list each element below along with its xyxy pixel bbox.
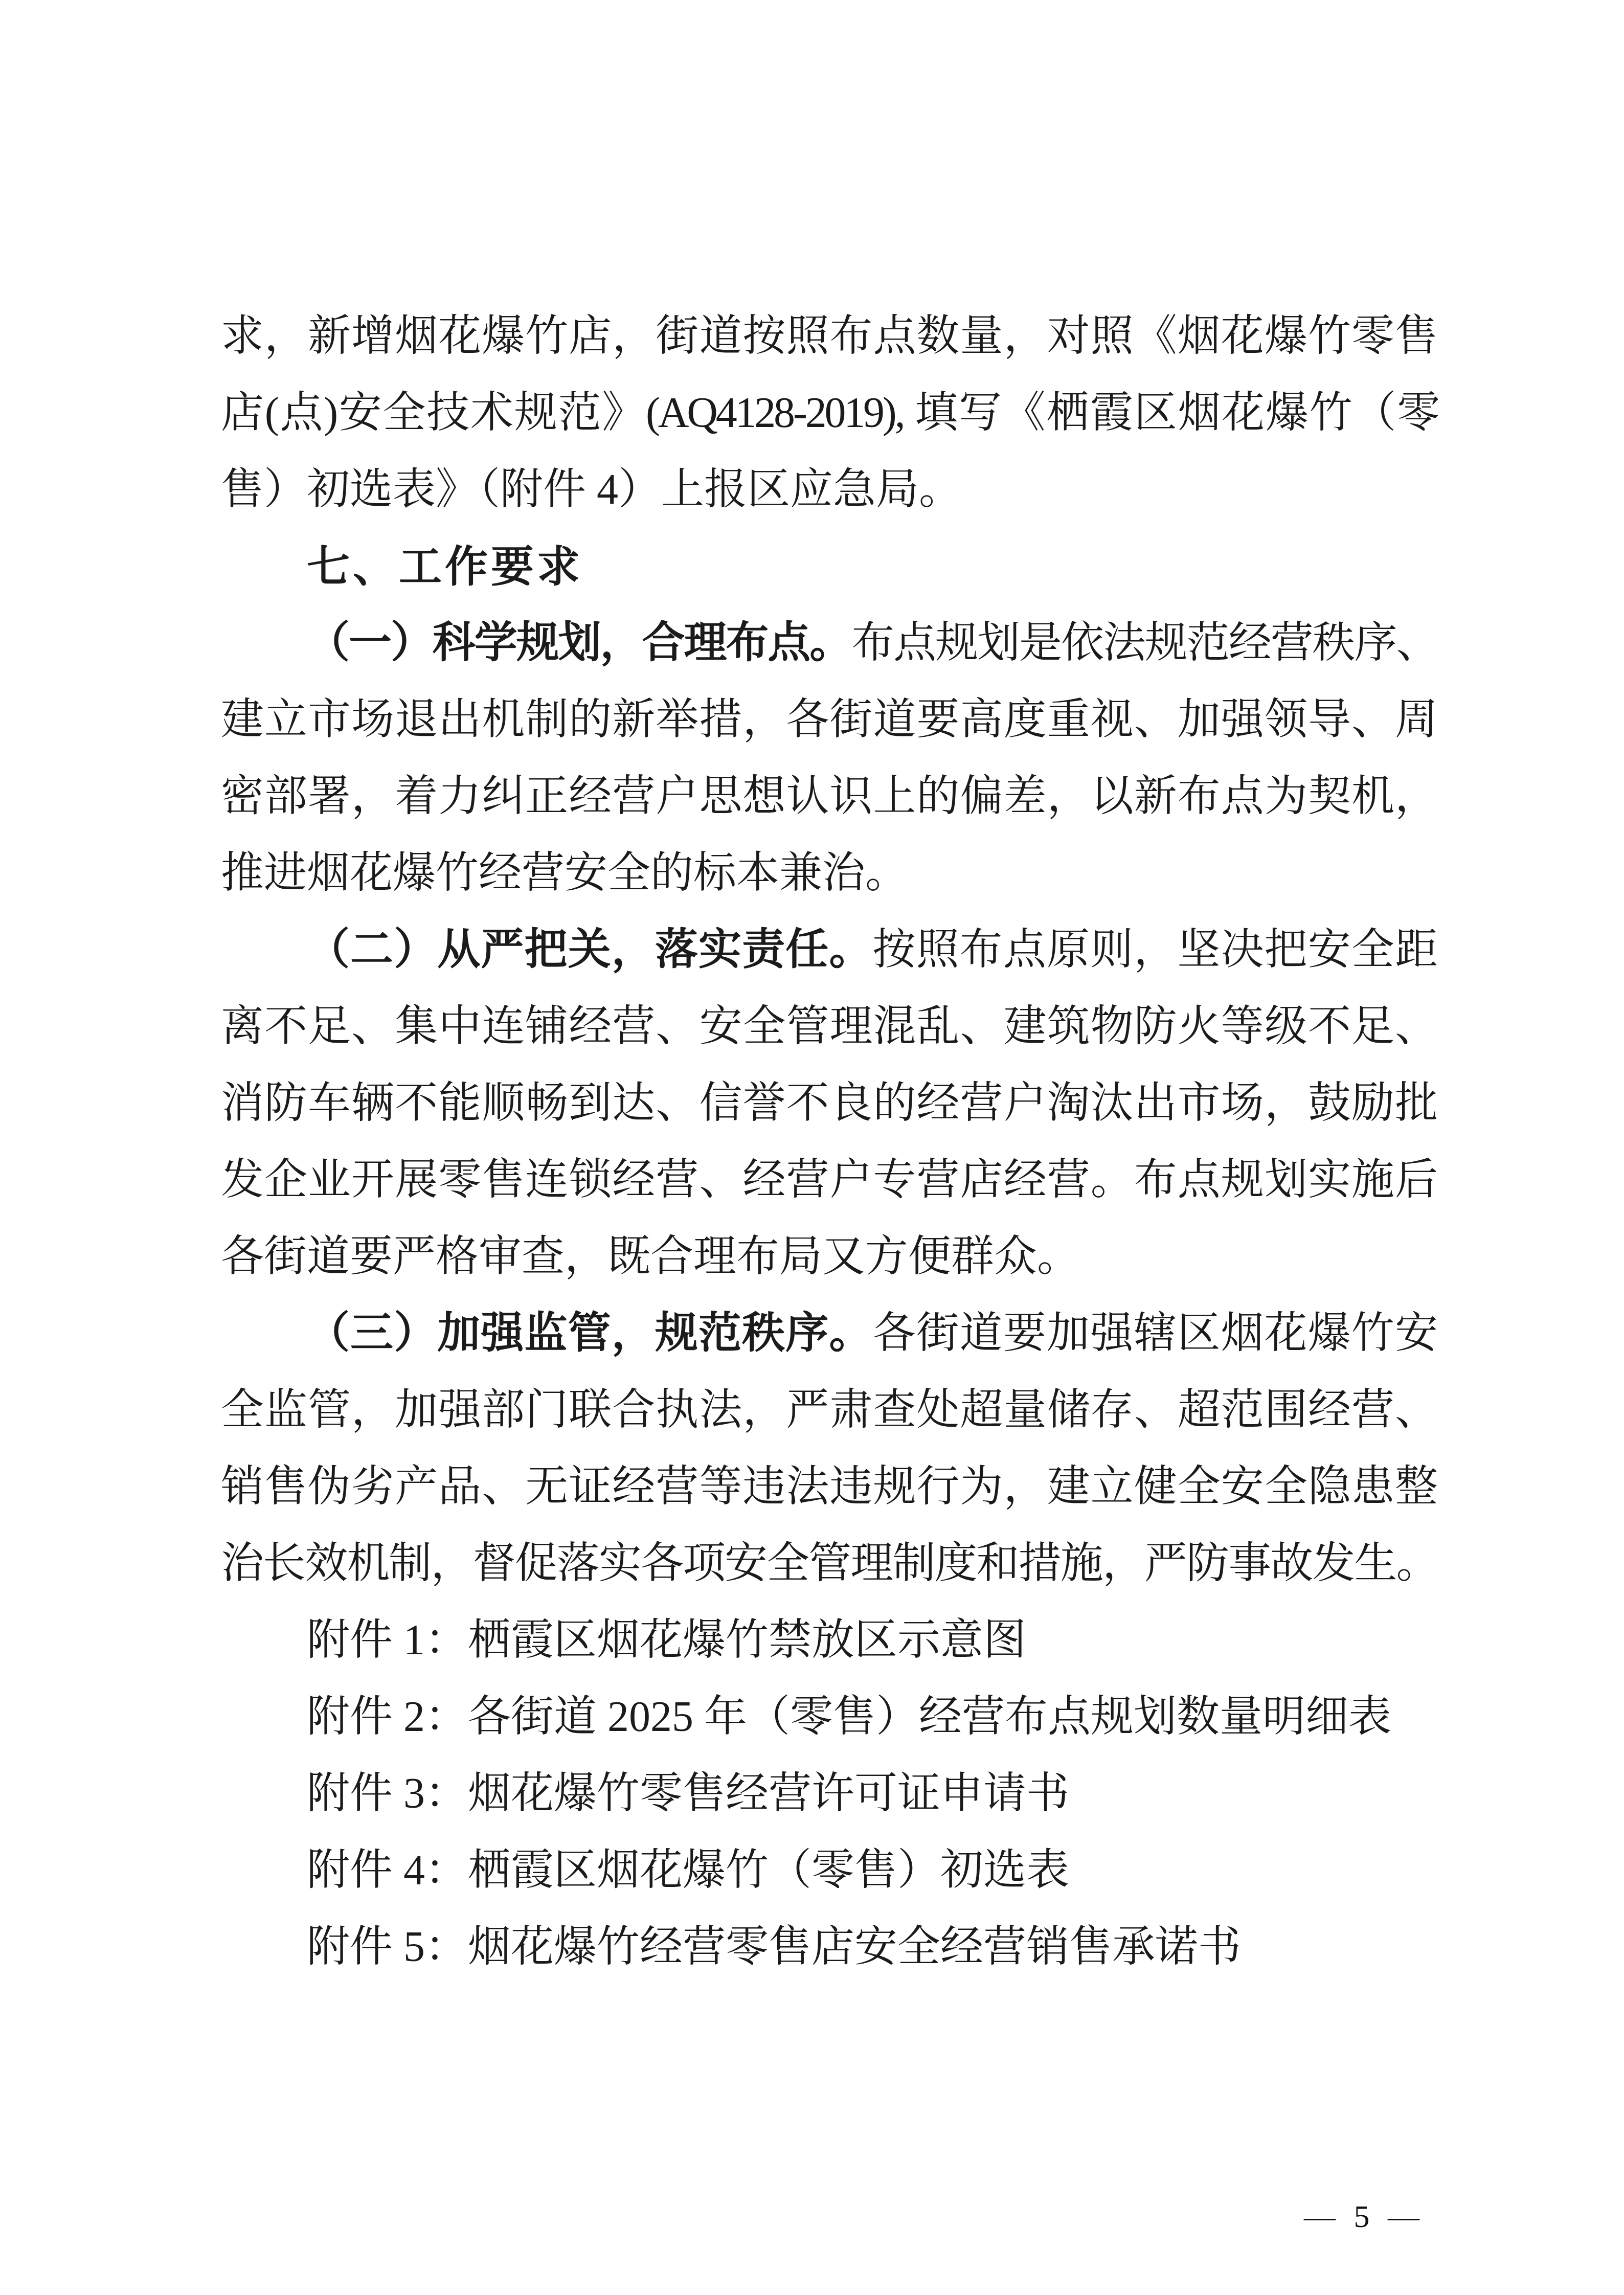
line-text: 各街道要严格审查，既合理布局又方便群众。 [221,1233,1080,1280]
line-text: 求，新增烟花爆竹店，街道按照布点数量，对照《烟花爆竹零售 [221,312,1438,360]
attachment-line: 附件 1：栖霞区烟花爆竹禁放区示意图 [221,1602,1438,1679]
text-line: 建立市场退出机制的新举措，各街道要高度重视、加强领导、周 [221,682,1438,758]
text-line: 治长效机制，督促落实各项安全管理制度和措施，严防事故发生。 [221,1525,1438,1602]
line-text: 推进烟花爆竹经营安全的标本兼治。 [221,849,908,897]
text-line: （三）加强监管，规范秩序。各街道要加强辖区烟花爆竹安 [221,1295,1438,1372]
text-line: 全监管，加强部门联合执法，严肃查处超量储存、超范围经营、 [221,1372,1438,1449]
attachment-line: 附件 3：烟花爆竹零售经营许可证申请书 [221,1756,1438,1832]
line-text: 店(点)安全技术规范》(AQ4128-2019), 填写《栖霞区烟花爆竹（零 [221,389,1438,437]
line-text: 发企业开展零售连锁经营、经营户专营店经营。布点规划实施后 [221,1156,1438,1204]
attachment-line: 附件 2：各街道 2025 年（零售）经营布点规划数量明细表 [221,1679,1438,1756]
text-line: 密部署，着力纠正经营户思想认识上的偏差，以新布点为契机， [221,758,1438,835]
line-text: 附件 1：栖霞区烟花爆竹禁放区示意图 [307,1616,1026,1664]
text-line: 消防车辆不能顺畅到达、信誉不良的经营户淘汰出市场，鼓励批 [221,1065,1438,1142]
bold-lead: （三）加强监管，规范秩序。 [307,1310,873,1357]
text-block: 求，新增烟花爆竹店，街道按照布点数量，对照《烟花爆竹零售 店(点)安全技术规范》… [221,298,1438,1986]
line-text: 离不足、集中连铺经营、安全管理混乱、建筑物防火等级不足、 [221,1003,1438,1050]
line-text: 布点规划是依法规范经营秩序、 [851,619,1438,667]
text-line: 店(点)安全技术规范》(AQ4128-2019), 填写《栖霞区烟花爆竹（零 [221,375,1438,452]
bold-lead: （二）从严把关，落实责任。 [307,926,873,974]
line-text: 按照布点原则，坚决把安全距 [873,926,1438,974]
line-text: 消防车辆不能顺畅到达、信誉不良的经营户淘汰出市场，鼓励批 [221,1079,1438,1127]
page-number: — 5 — [1304,2199,1425,2235]
line-text: 密部署，着力纠正经营户思想认识上的偏差，以新布点为契机， [221,773,1438,820]
text-line: 发企业开展零售连锁经营、经营户专营店经营。布点规划实施后 [221,1142,1438,1219]
section-heading: 七、工作要求 [221,528,1438,605]
line-text: 治长效机制，督促落实各项安全管理制度和措施，严防事故发生。 [221,1540,1438,1587]
heading-text: 七、工作要求 [307,543,583,591]
text-line: 各街道要严格审查，既合理布局又方便群众。 [221,1219,1438,1295]
line-text: 售）初选表》（附件 4）上报区应急局。 [221,466,962,513]
line-text: 销售伪劣产品、无证经营等违法违规行为，建立健全安全隐患整 [221,1463,1438,1511]
line-text: 各街道要加强辖区烟花爆竹安 [873,1310,1438,1357]
attachment-line: 附件 4：栖霞区烟花爆竹（零售）初选表 [221,1832,1438,1909]
document-page: 求，新增烟花爆竹店，街道按照布点数量，对照《烟花爆竹零售 店(点)安全技术规范》… [0,0,1624,2295]
line-text: 建立市场退出机制的新举措，各街道要高度重视、加强领导、周 [221,696,1438,744]
text-line: 离不足、集中连铺经营、安全管理混乱、建筑物防火等级不足、 [221,988,1438,1065]
text-line: （二）从严把关，落实责任。按照布点原则，坚决把安全距 [221,912,1438,988]
text-line: 售）初选表》（附件 4）上报区应急局。 [221,452,1438,528]
line-text: 全监管，加强部门联合执法，严肃查处超量储存、超范围经营、 [221,1386,1438,1434]
line-text: 附件 2：各街道 2025 年（零售）经营布点规划数量明细表 [307,1693,1391,1741]
line-text: 附件 3：烟花爆竹零售经营许可证申请书 [307,1770,1069,1817]
text-line: 推进烟花爆竹经营安全的标本兼治。 [221,835,1438,912]
attachment-line: 附件 5：烟花爆竹经营零售店安全经营销售承诺书 [221,1909,1438,1986]
line-text: 附件 5：烟花爆竹经营零售店安全经营销售承诺书 [307,1923,1241,1971]
text-line: （一）科学规划，合理布点。布点规划是依法规范经营秩序、 [221,605,1438,682]
text-line: 销售伪劣产品、无证经营等违法违规行为，建立健全安全隐患整 [221,1449,1438,1525]
text-line: 求，新增烟花爆竹店，街道按照布点数量，对照《烟花爆竹零售 [221,298,1438,375]
bold-lead: （一）科学规划，合理布点。 [307,619,851,667]
line-text: 附件 4：栖霞区烟花爆竹（零售）初选表 [307,1847,1069,1894]
